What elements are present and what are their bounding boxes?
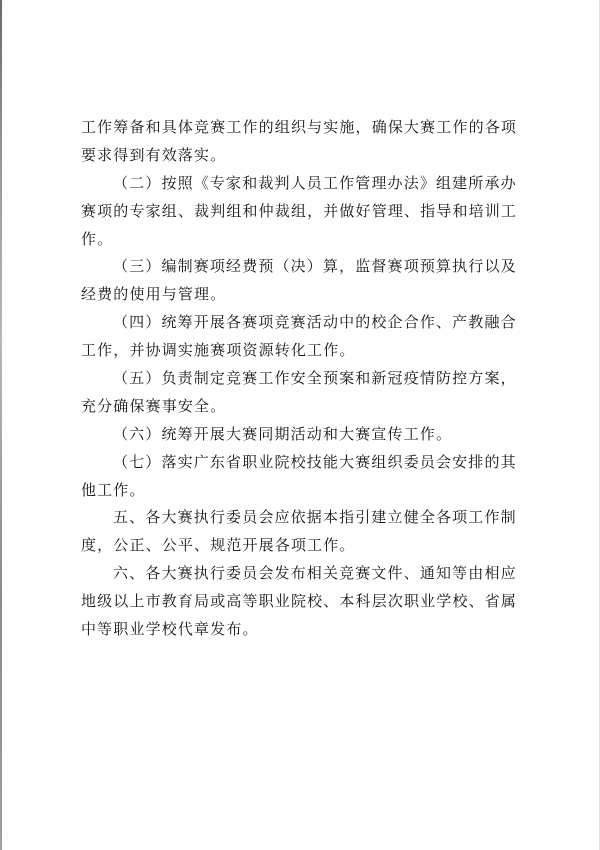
- text-line: （五）负责制定竞赛工作安全预案和新冠疫情防控方案，: [81, 365, 521, 393]
- paragraph-item-2: （二）按照《专家和裁判人员工作管理办法》组建所承办 赛项的专家组、裁判组和仲裁组…: [81, 170, 521, 254]
- text-line: 地级以上市教育局或高等职业院校、本科层次职业学校、省属: [81, 588, 521, 616]
- paragraph-item-5: （五）负责制定竞赛工作安全预案和新冠疫情防控方案， 充分确保赛事安全。: [81, 365, 521, 421]
- text-line: 度，公正、公平、规范开展各项工作。: [81, 532, 521, 560]
- text-line: 中等职业学校代章发布。: [81, 616, 521, 644]
- text-line: （三）编制赛项经费预（决）算，监督赛项预算执行以及: [81, 253, 521, 281]
- text-line: 工作，并协调实施赛项资源转化工作。: [81, 337, 521, 365]
- paragraph-continuation: 工作筹备和具体竞赛工作的组织与实施，确保大赛工作的各项 要求得到有效落实。: [81, 114, 521, 170]
- text-line: 经费的使用与管理。: [81, 281, 521, 309]
- text-line: 他工作。: [81, 477, 521, 505]
- text-line: 赛项的专家组、裁判组和仲裁组，并做好管理、指导和培训工: [81, 198, 521, 226]
- text-line: 作。: [81, 226, 521, 254]
- paragraph-item-4: （四）统筹开展各赛项竞赛活动中的校企合作、产教融合 工作，并协调实施赛项资源转化…: [81, 309, 521, 365]
- scan-edge-left: [0, 0, 2, 850]
- text-line: 工作筹备和具体竞赛工作的组织与实施，确保大赛工作的各项: [81, 114, 521, 142]
- text-line: （七）落实广东省职业院校技能大赛组织委员会安排的其: [81, 449, 521, 477]
- paragraph-item-3: （三）编制赛项经费预（决）算，监督赛项预算执行以及 经费的使用与管理。: [81, 253, 521, 309]
- paragraph-section-6: 六、各大赛执行委员会发布相关竞赛文件、通知等由相应 地级以上市教育局或高等职业院…: [81, 560, 521, 644]
- text-line: （二）按照《专家和裁判人员工作管理办法》组建所承办: [81, 170, 521, 198]
- text-line: 充分确保赛事安全。: [81, 393, 521, 421]
- text-line: 六、各大赛执行委员会发布相关竞赛文件、通知等由相应: [81, 560, 521, 588]
- paragraph-section-5: 五、各大赛执行委员会应依据本指引建立健全各项工作制 度，公正、公平、规范开展各项…: [81, 504, 521, 560]
- paragraph-item-7: （七）落实广东省职业院校技能大赛组织委员会安排的其 他工作。: [81, 449, 521, 505]
- text-line: （四）统筹开展各赛项竞赛活动中的校企合作、产教融合: [81, 309, 521, 337]
- paragraph-item-6: （六）统筹开展大赛同期活动和大赛宣传工作。: [81, 421, 521, 449]
- text-line: 要求得到有效落实。: [81, 142, 521, 170]
- document-page: 工作筹备和具体竞赛工作的组织与实施，确保大赛工作的各项 要求得到有效落实。 （二…: [0, 0, 600, 850]
- document-body: 工作筹备和具体竞赛工作的组织与实施，确保大赛工作的各项 要求得到有效落实。 （二…: [81, 114, 521, 644]
- text-line: 五、各大赛执行委员会应依据本指引建立健全各项工作制: [81, 504, 521, 532]
- text-line: （六）统筹开展大赛同期活动和大赛宣传工作。: [81, 421, 521, 449]
